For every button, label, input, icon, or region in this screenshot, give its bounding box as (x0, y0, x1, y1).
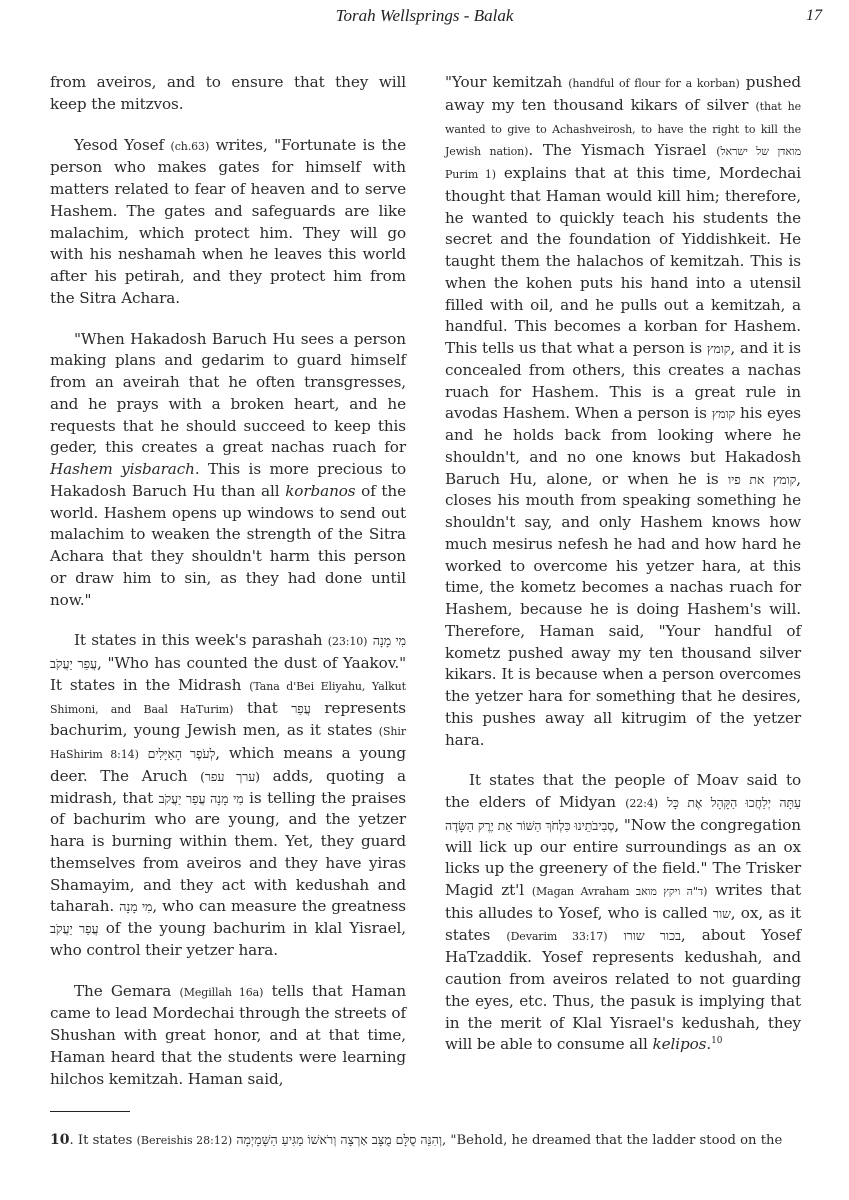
hebrew-quote: קומץ את פיו (728, 472, 796, 487)
source-reference: (handful of flour for a korban) (568, 77, 739, 90)
paragraph-hakadosh-baruch-hu: "When Hakadosh Baruch Hu sees a person m… (50, 329, 406, 612)
text: , "Behold, he dreamed that the ladder st… (442, 1133, 782, 1148)
text: of the world. Hashem opens up windows to… (50, 482, 406, 609)
footnote-10: 10. It states (Bereishis 28:12) וְהִנֵּה… (50, 1131, 810, 1150)
text: "When Hakadosh Baruch Hu sees a person m… (50, 330, 406, 457)
paragraph-continuation: from aveiros, and to ensure that they wi… (50, 72, 406, 116)
paragraph-kemitzah: "Your kemitzah (handful of flour for a k… (445, 72, 801, 751)
hebrew-quote: עֲפַר (291, 701, 310, 716)
hebrew-quote: קומץ (712, 406, 735, 421)
source-reference: (ch.63) (171, 140, 210, 153)
text: , closes his mouth from speaking somethi… (445, 470, 801, 749)
italic-term: korbanos (285, 482, 355, 500)
hebrew-quote: שור (713, 906, 731, 921)
text: of the young bachurim in klal Yisrael, w… (50, 919, 406, 959)
source-reference: (22:4) (625, 797, 658, 810)
text: writes, "Fortunate is the person who mak… (50, 136, 406, 307)
source-reference: (Devarim 33:17) (506, 930, 607, 943)
text: explains that at this time, Mordechai th… (445, 164, 801, 357)
hebrew-quote: בכור שורו (624, 928, 681, 943)
hebrew-quote: מִי מָנָה (119, 899, 152, 914)
source-reference: (ערך עפר) (200, 769, 260, 784)
left-column: from aveiros, and to ensure that they wi… (50, 72, 406, 1109)
text: The Gemara (74, 982, 180, 1000)
right-column: "Your kemitzah (handful of flour for a k… (445, 72, 801, 1075)
text: Yesod Yosef (74, 136, 171, 154)
footnote-number: 10 (50, 1132, 69, 1148)
source-reference: (Megillah 16a) (180, 986, 264, 999)
text: . It states (69, 1133, 136, 1148)
hebrew-quote: עֲפַר יַעֲקֹב (50, 921, 99, 936)
footnote-marker[interactable]: 10 (711, 1036, 722, 1046)
paragraph-moav: It states that the people of Moav said t… (445, 770, 801, 1056)
text: that (233, 699, 291, 717)
text: "Your kemitzah (445, 73, 568, 91)
paragraph-parashah: It states in this week's parashah (23:10… (50, 630, 406, 961)
source-reference: (Magan Avraham ד"ה ויקץ מואב) (532, 885, 707, 898)
hebrew-quote: וְהִנֵּה סֻלָּם מֻצָּב אַרְצָה וְרֹאשׁוֹ… (236, 1132, 442, 1147)
page-header: Torah Wellsprings - Balak 17 (0, 2, 849, 32)
running-title: Torah Wellsprings - Balak (0, 6, 849, 26)
italic-term: kelipos (652, 1035, 706, 1053)
italic-term: Hashem yisbarach (50, 460, 195, 478)
page-number: 17 (806, 7, 822, 25)
text: It states in this week's parashah (74, 631, 328, 649)
text: , who can measure the greatness (152, 897, 406, 915)
hebrew-quote: מִי מָנָה עֲפַר יַעֲקֹב (159, 791, 244, 806)
text: from aveiros, and to ensure that they wi… (50, 73, 406, 113)
hebrew-quote: לְעֹפֶר הָאַיָּלִים (148, 746, 216, 761)
source-reference: (Bereishis 28:12) (137, 1134, 233, 1147)
text: , about Yosef HaTzaddik. Yosef represent… (445, 926, 801, 1054)
hebrew-quote: קומץ (707, 341, 730, 356)
paragraph-yesod-yosef: Yesod Yosef (ch.63) writes, "Fortunate i… (50, 135, 406, 310)
footnote-divider (50, 1111, 130, 1112)
text: . The Yismach Yisrael (528, 141, 716, 159)
paragraph-gemara: The Gemara (Megillah 16a) tells that Ham… (50, 981, 406, 1091)
source-reference: (23:10) (328, 635, 368, 648)
